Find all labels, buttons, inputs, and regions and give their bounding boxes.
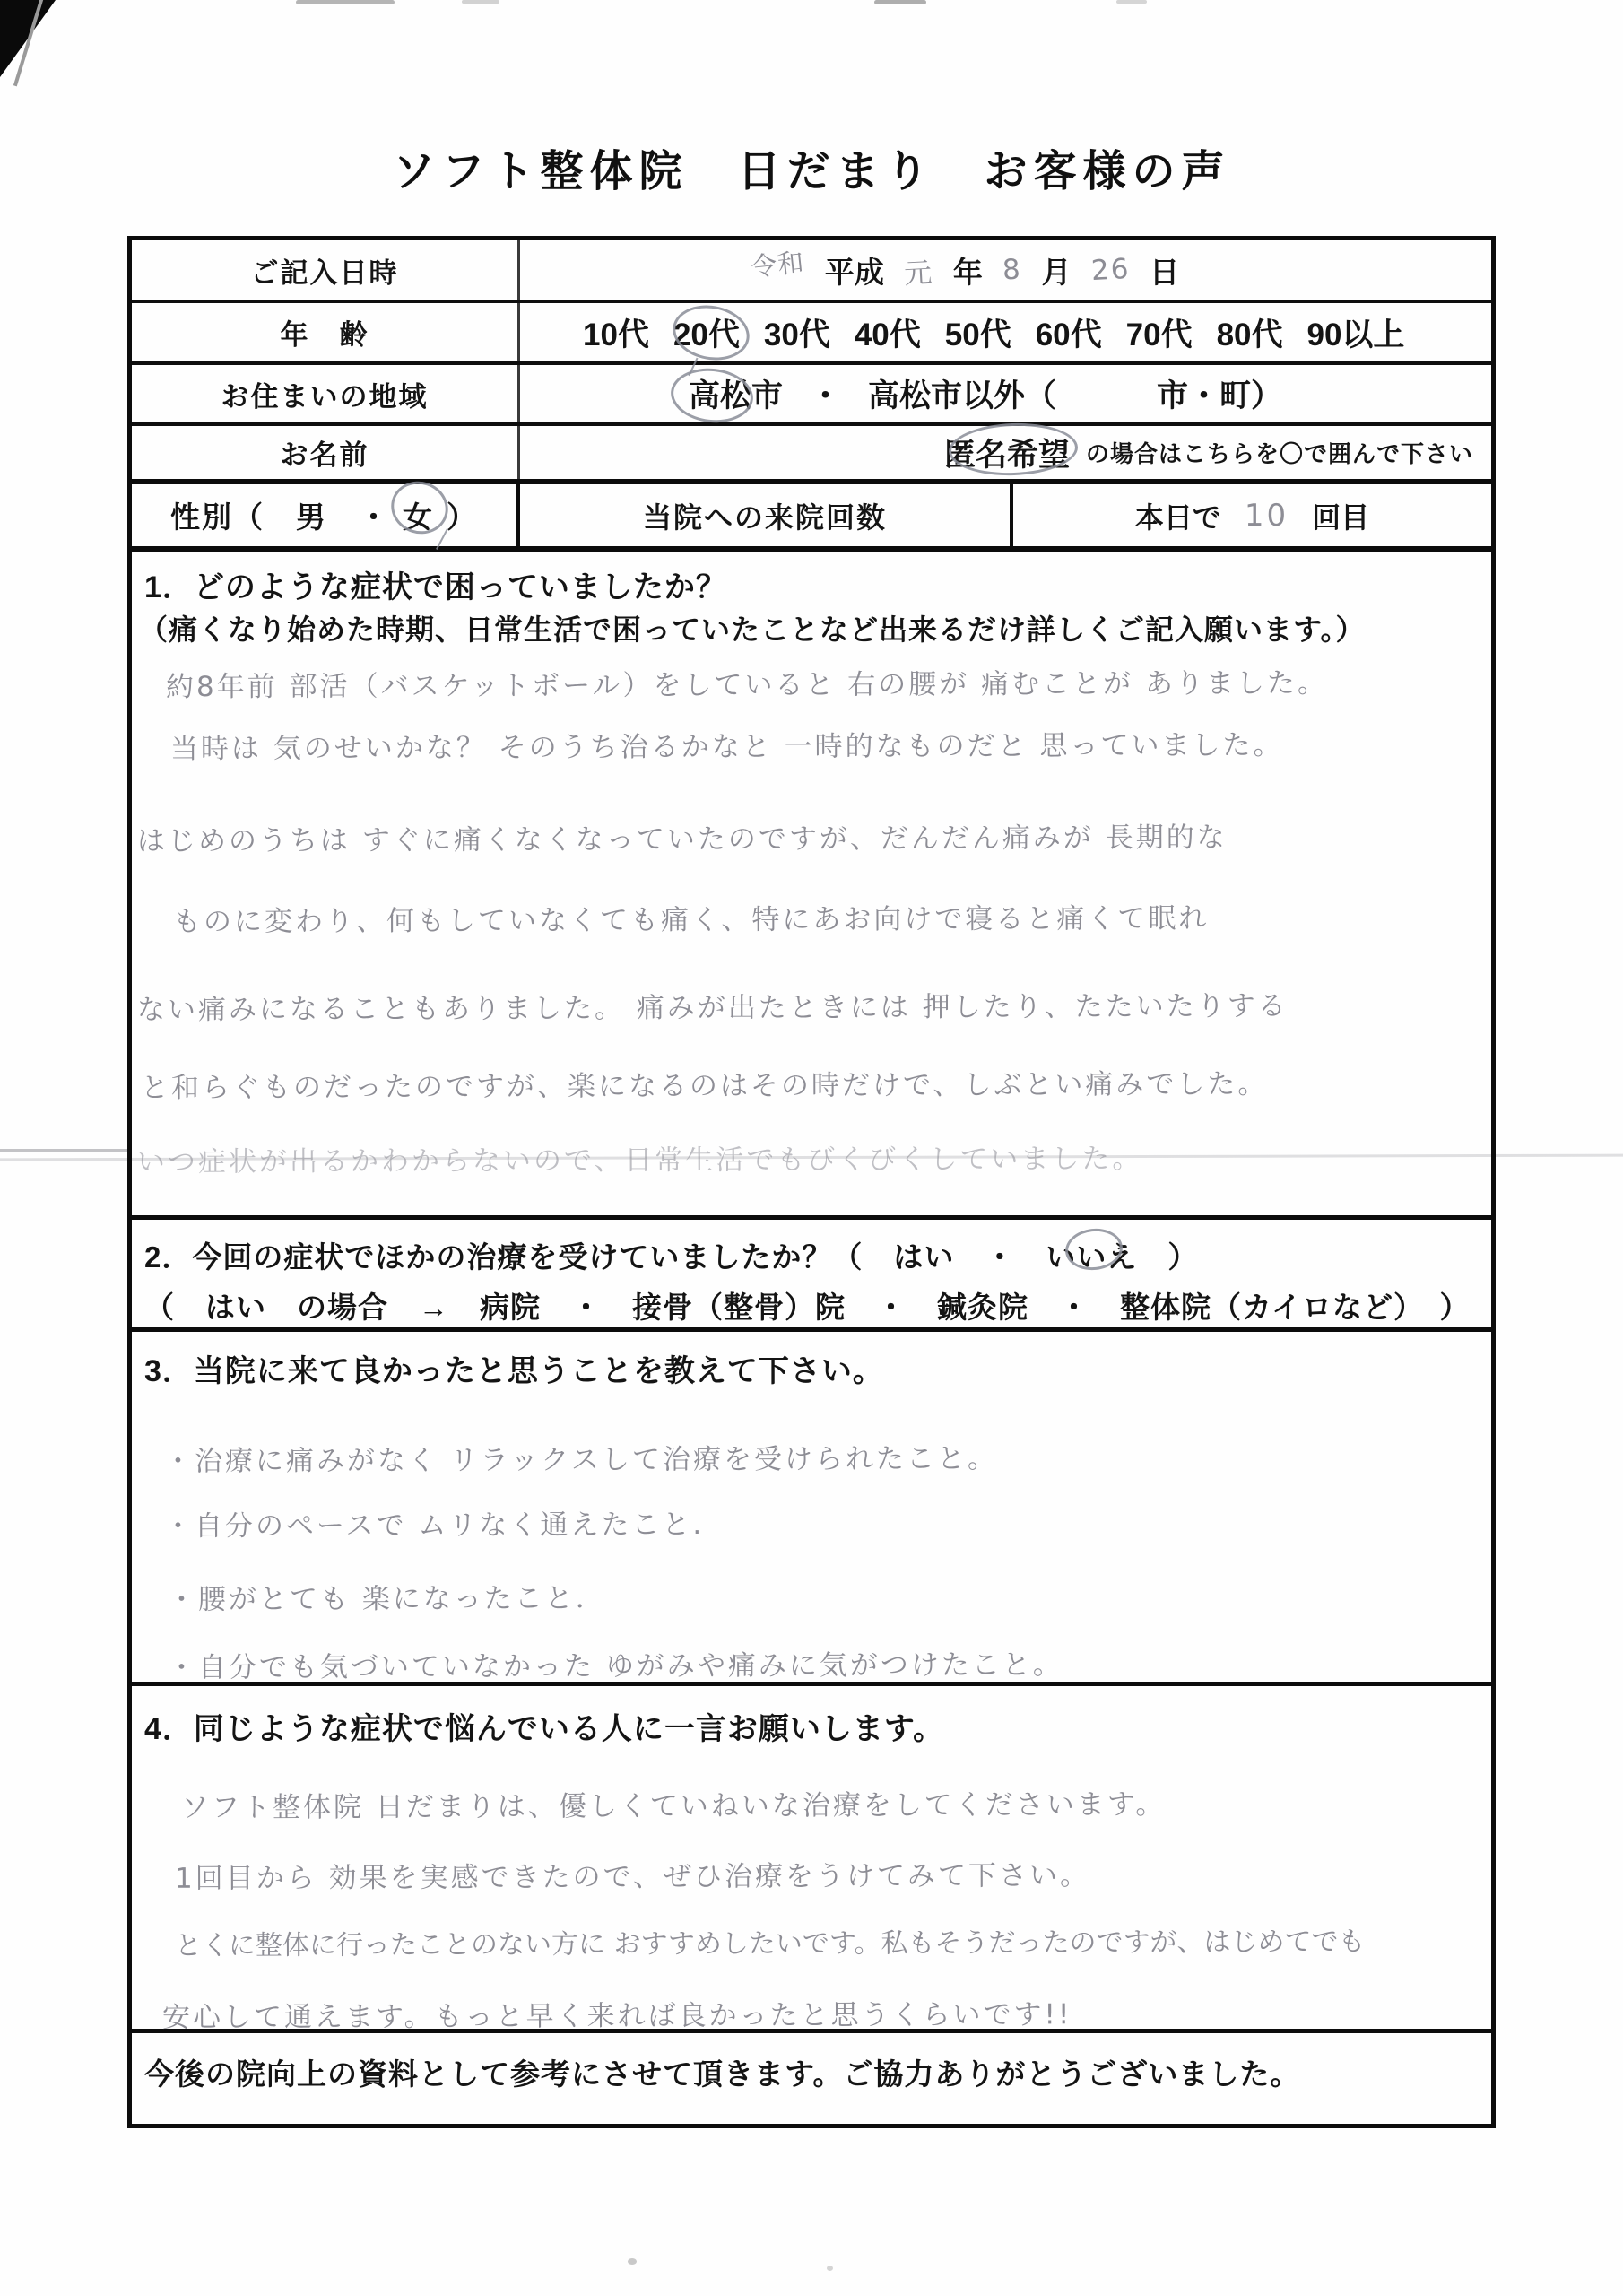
day-handwritten: 26 — [1090, 253, 1131, 287]
q3-answer-line: ・自分のペースで ムリなく通えたこと. — [164, 1501, 704, 1544]
era-printed-heisei: 平成 — [825, 249, 884, 291]
q2-question-prefix: 2．今回の症状でほかの治療を受けていましたか？（ はい ・ — [144, 1240, 1046, 1274]
area-label: お住まいの地域 — [132, 365, 520, 422]
scan-streak — [296, 0, 395, 4]
year-unit: 年 — [953, 249, 983, 291]
feedback-form-table: ご記入日時 令和 平成 元 年 8 月 26 日 年 齢 10代 20代 30代… — [127, 236, 1496, 2128]
area-separator-dot: ・ — [810, 371, 841, 416]
scan-streak — [874, 0, 926, 4]
visit-count-label: 当院への来院回数 — [520, 484, 1013, 546]
entry-date-label: ご記入日時 — [132, 240, 520, 300]
q1-answer-line: と和らぐものだったのですが、楽になるのはその時だけで、しぶとい痛みでした。 — [141, 1061, 1269, 1105]
day-unit: 日 — [1150, 249, 1179, 291]
q3-answer-line: ・治療に痛みがなく リラックスして治療を受けられたこと。 — [164, 1435, 998, 1478]
q1-answer-line: 当時は 気のせいかな？ そのうち治るかなと 一時的なものだと 思っていました。 — [170, 722, 1284, 766]
month-handwritten: 8 — [1002, 253, 1023, 286]
visit-count-handwritten: 10 — [1245, 498, 1289, 534]
age-option-10s: 10代 — [583, 310, 649, 355]
q1-answer-line: 約8年前 部活（バスケットボール）をしていると 右の腰が 痛むことが ありました… — [166, 660, 1328, 705]
visit-count-suffix: 回目 — [1312, 495, 1369, 536]
q1-answer-line: いつ症状が出るかわからないので、日常生活でもびくびくしていました。 — [137, 1135, 1143, 1179]
page-title: ソフト整体院 日だまり お客様の声 — [0, 136, 1623, 198]
q1-answer-line: はじめのうちは すぐに痛くなくなっていたのですが、だんだん痛みが 長期的な — [137, 814, 1228, 858]
gender-suffix: ） — [447, 494, 478, 536]
q2-options-line: （ はい の場合 → 病院 ・ 接骨（整骨）院 ・ 鍼灸院 ・ 整体院（カイロな… — [144, 1284, 1471, 1326]
scan-speck — [628, 2258, 637, 2265]
row-entry-date: ご記入日時 令和 平成 元 年 8 月 26 日 — [132, 240, 1491, 303]
section-q4-message: 4．同じような症状で悩んでいる人に一言お願いします。 ソフト整体院 日だまりは、… — [132, 1686, 1491, 2033]
age-option-30s: 30代 — [764, 310, 830, 355]
row-age: 年 齢 10代 20代 30代 40代 50代 60代 70代 80代 90以上 — [132, 303, 1491, 365]
age-option-70s: 70代 — [1126, 310, 1193, 355]
section-q3-good-points: 3．当院に来て良かったと思うことを教えて下さい。 ・治療に痛みがなく リラックス… — [132, 1332, 1491, 1686]
gender-prefix: 性別（ 男 ・ — [170, 494, 390, 536]
anonymous-note: の場合はこちらを〇で囲んで下さい — [1086, 436, 1473, 469]
scan-speck — [827, 2266, 833, 2271]
row-gender-visits: 性別（ 男 ・ 女 ） 当院への来院回数 本日で 10 回目 — [132, 484, 1491, 552]
scanned-feedback-form: ソフト整体院 日だまり お客様の声 ご記入日時 令和 平成 元 年 8 月 26… — [0, 0, 1623, 2296]
row-area: お住まいの地域 高松市 ・ 高松市以外（ 市・町） — [132, 365, 1491, 426]
area-option-other: 高松市以外（ — [868, 371, 1056, 416]
age-options: 10代 20代 30代 40代 50代 60代 70代 80代 90以上 — [520, 303, 1491, 361]
q4-answer-line: ソフト整体院 日だまりは、優しくていねいな治療をしてくださいます。 — [181, 1781, 1167, 1825]
scan-streak — [462, 0, 499, 4]
q3-answer-line: ・自分でも気づいていなかった ゆがみや痛みに気がつけたこと。 — [168, 1641, 1063, 1684]
section-q1-symptoms: 1．どのような症状で困っていましたか？ （痛くなり始めた時期、日常生活で困ってい… — [132, 552, 1491, 1220]
age-option-40s: 40代 — [855, 310, 921, 355]
month-unit: 月 — [1042, 249, 1072, 291]
q1-answer-line: ものに変わり、何もしていなくても痛く、特にあお向けで寝ると痛くて眠れ — [173, 895, 1210, 939]
q1-subtitle: （痛くなり始めた時期、日常生活で困っていたことなど出来るだけ詳しくご記入願います… — [139, 607, 1365, 648]
age-option-50s: 50代 — [945, 310, 1011, 355]
age-label: 年 齢 — [132, 303, 520, 361]
q2-question: 2．今回の症状でほかの治療を受けていましたか？（ はい ・ いいえ ） — [144, 1234, 1198, 1276]
gender-field: 性別（ 男 ・ 女 ） — [132, 484, 520, 546]
q4-answer-line: 安心して通えます。もっと早く来れば良かったと思うくらいです!! — [162, 1991, 1072, 2035]
q4-answer-line: 1回目から 効果を実感できたので、ぜひ治療をうけてみて下さい。 — [175, 1852, 1090, 1896]
section-footer: 今後の院向上の資料として参考にさせて頂きます。ご協力ありがとうございました。 — [132, 2033, 1491, 2124]
q1-answer-line: ない痛みになることもありました。 痛みが出たときには 押したり、たたいたりする — [137, 983, 1289, 1027]
section-q2-other-treatment: 2．今回の症状でほかの治療を受けていましたか？（ はい ・ いいえ ） （ はい… — [132, 1220, 1491, 1332]
paper-fold-line-left — [0, 1149, 127, 1152]
area-options: 高松市 ・ 高松市以外（ 市・町） — [520, 365, 1491, 422]
visit-count-value: 本日で 10 回目 — [1013, 484, 1491, 546]
age-option-90plus: 90以上 — [1307, 310, 1405, 355]
age-option-60s: 60代 — [1036, 310, 1102, 355]
name-label: お名前 — [132, 426, 520, 479]
q4-title: 4．同じような症状で悩んでいる人に一言お願いします。 — [144, 1704, 944, 1748]
q4-answer-line: とくに整体に行ったことのない方に おすすめしたいです。私もそうだったのですが、は… — [175, 1919, 1366, 1963]
footer-thanks-text: 今後の院向上の資料として参考にさせて頂きます。ご協力ありがとうございました。 — [144, 2051, 1300, 2093]
entry-date-value: 令和 平成 元 年 8 月 26 日 — [480, 240, 1451, 300]
visit-count-prefix: 本日で — [1135, 495, 1221, 536]
area-option-other-suffix: 市・町） — [1157, 371, 1282, 416]
era-handwritten-reiwa: 令和 — [749, 242, 806, 284]
scan-streak — [1116, 0, 1147, 4]
age-option-80s: 80代 — [1217, 310, 1283, 355]
q3-title: 3．当院に来て良かったと思うことを教えて下さい。 — [144, 1346, 884, 1390]
q1-title: 1．どのような症状で困っていましたか？ — [144, 562, 727, 606]
row-name: お名前 匿名希望 の場合はこちらを〇で囲んで下さい — [132, 426, 1491, 484]
q2-question-suffix: ） — [1137, 1240, 1198, 1274]
year-handwritten: 元 — [903, 249, 934, 291]
q3-answer-line: ・腰がとても 楽になったこと． — [168, 1575, 606, 1617]
